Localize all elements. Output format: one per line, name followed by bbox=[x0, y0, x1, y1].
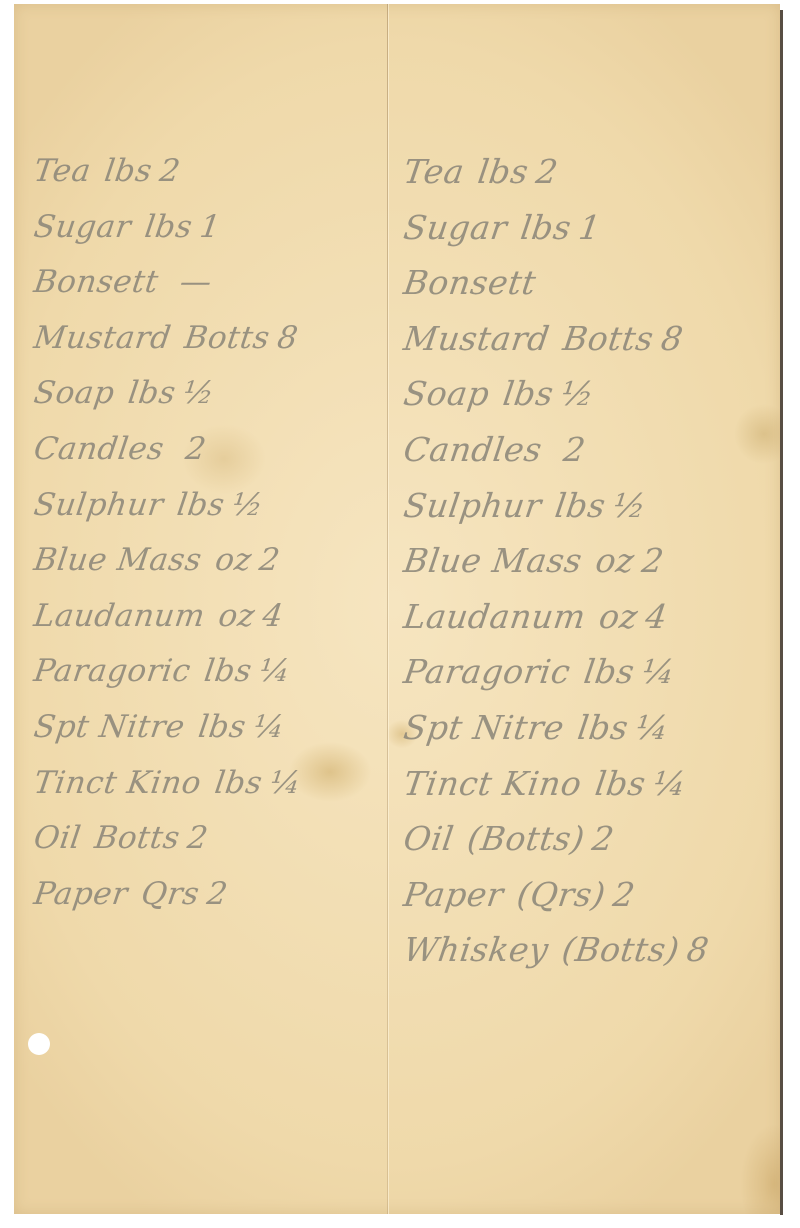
item-qty: 2 bbox=[561, 430, 588, 469]
item-qty: 2 bbox=[157, 153, 182, 189]
item-qty: 2 bbox=[257, 542, 282, 578]
item-name: Paragoric bbox=[32, 653, 193, 689]
item-unit bbox=[547, 263, 552, 302]
item-name: Bonsett bbox=[32, 264, 161, 300]
item-qty: ¼ bbox=[640, 652, 678, 691]
list-item: Blue Massoz2 bbox=[400, 533, 788, 589]
item-qty: ¼ bbox=[251, 709, 287, 745]
item-qty: 8 bbox=[659, 319, 686, 358]
list-item: Spt Nitrelbs¼ bbox=[30, 700, 383, 756]
list-item: MustardBotts8 bbox=[30, 311, 383, 367]
item-name: Mustard bbox=[401, 319, 552, 358]
list-item: Paper(Qrs)2 bbox=[400, 867, 788, 923]
item-unit: oz bbox=[597, 597, 641, 636]
list-item: Sugarlbs1 bbox=[400, 200, 788, 256]
item-unit bbox=[175, 431, 180, 467]
item-qty: ¼ bbox=[633, 708, 671, 747]
item-unit: Botts bbox=[561, 319, 657, 358]
item-unit: lbs bbox=[126, 375, 178, 411]
item-name: Spt Nitre bbox=[401, 708, 566, 747]
item-qty: 2 bbox=[590, 819, 617, 858]
list-item: Tinct Kinolbs¼ bbox=[400, 756, 788, 812]
item-unit: (Qrs) bbox=[515, 875, 608, 914]
list-column-right: Tealbs2Sugarlbs1BonsettMustardBotts8Soap… bbox=[404, 144, 784, 978]
item-name: Oil bbox=[401, 819, 456, 858]
list-item: PaperQrs2 bbox=[30, 867, 383, 923]
item-name: Tea bbox=[32, 153, 94, 189]
item-unit: lbs bbox=[593, 764, 649, 803]
list-item: Bonsett bbox=[400, 255, 788, 311]
item-qty: ½ bbox=[611, 486, 649, 525]
item-name: Tinct Kino bbox=[32, 765, 204, 801]
item-unit bbox=[170, 264, 175, 300]
item-unit: lbs bbox=[213, 765, 265, 801]
item-unit bbox=[553, 430, 558, 469]
list-item: Oil(Botts)2 bbox=[400, 811, 788, 867]
item-qty: ½ bbox=[230, 487, 266, 523]
list-item: OilBotts2 bbox=[30, 811, 383, 867]
item-qty: — bbox=[178, 264, 215, 300]
item-name: Soap bbox=[32, 375, 117, 411]
item-name: Tinct Kino bbox=[401, 764, 584, 803]
item-name: Sulphur bbox=[32, 487, 166, 523]
item-unit: (Botts) bbox=[560, 930, 682, 969]
item-name: Paper bbox=[401, 875, 506, 914]
item-name: Oil bbox=[32, 820, 84, 856]
list-item: Tealbs2 bbox=[30, 144, 383, 200]
item-name: Sugar bbox=[32, 209, 134, 245]
item-qty: 2 bbox=[611, 875, 638, 914]
list-item: Bonsett— bbox=[30, 255, 383, 311]
item-name: Bonsett bbox=[401, 263, 538, 302]
item-qty: 1 bbox=[576, 208, 603, 247]
list-item: Whiskey(Botts)8 bbox=[400, 922, 788, 978]
punch-hole bbox=[28, 1033, 50, 1055]
item-qty: 2 bbox=[639, 541, 666, 580]
item-qty: 4 bbox=[643, 597, 670, 636]
item-name: Candles bbox=[32, 431, 167, 467]
list-item: Candles2 bbox=[400, 422, 788, 478]
item-unit: lbs bbox=[202, 653, 254, 689]
list-item: Blue Massoz2 bbox=[30, 533, 383, 589]
item-name: Mustard bbox=[32, 320, 174, 356]
item-name: Sulphur bbox=[401, 486, 544, 525]
list-item: Paragoriclbs¼ bbox=[30, 644, 383, 700]
item-unit: lbs bbox=[581, 652, 637, 691]
item-qty: ½ bbox=[559, 374, 597, 413]
item-unit: lbs bbox=[175, 487, 227, 523]
item-name: Blue Mass bbox=[401, 541, 584, 580]
list-item: Sulphurlbs½ bbox=[400, 478, 788, 534]
item-unit: lbs bbox=[501, 374, 557, 413]
item-unit: lbs bbox=[196, 709, 248, 745]
item-qty: 4 bbox=[260, 598, 285, 634]
item-name: Sugar bbox=[401, 208, 509, 247]
item-qty: ¼ bbox=[257, 653, 293, 689]
list-item: Paragoriclbs¼ bbox=[400, 644, 788, 700]
list-item: Tealbs2 bbox=[400, 144, 788, 200]
item-unit: Botts bbox=[182, 320, 272, 356]
item-qty: ½ bbox=[181, 375, 217, 411]
item-qty: 2 bbox=[205, 876, 230, 912]
item-name: Tea bbox=[401, 152, 467, 191]
item-unit: (Botts) bbox=[465, 819, 587, 858]
list-column-left: Tealbs2Sugarlbs1Bonsett—MustardBotts8Soa… bbox=[34, 144, 379, 922]
item-name: Spt Nitre bbox=[32, 709, 188, 745]
list-item: Soaplbs½ bbox=[30, 366, 383, 422]
item-qty: ¼ bbox=[651, 764, 689, 803]
list-item: Spt Nitrelbs¼ bbox=[400, 700, 788, 756]
item-name: Soap bbox=[401, 374, 492, 413]
list-item: Sulphurlbs½ bbox=[30, 478, 383, 534]
item-unit: Qrs bbox=[139, 876, 202, 912]
item-name: Paper bbox=[32, 876, 131, 912]
item-unit: lbs bbox=[518, 208, 574, 247]
fold-crease bbox=[387, 4, 388, 1214]
item-name: Candles bbox=[401, 430, 544, 469]
item-qty: 8 bbox=[275, 320, 300, 356]
item-unit: lbs bbox=[142, 209, 194, 245]
list-item: Candles2 bbox=[30, 422, 383, 478]
item-unit: oz bbox=[593, 541, 637, 580]
item-unit: oz bbox=[216, 598, 257, 634]
item-unit: Botts bbox=[92, 820, 182, 856]
item-qty: ¼ bbox=[268, 765, 304, 801]
item-name: Laudanum bbox=[32, 598, 208, 634]
list-item: Laudanumoz4 bbox=[400, 589, 788, 645]
item-unit: lbs bbox=[553, 486, 609, 525]
item-unit: lbs bbox=[102, 153, 154, 189]
list-item: Sugarlbs1 bbox=[30, 200, 383, 256]
item-name: Paragoric bbox=[401, 652, 573, 691]
list-item: Soaplbs½ bbox=[400, 366, 788, 422]
item-name: Blue Mass bbox=[32, 542, 204, 578]
item-unit: lbs bbox=[575, 708, 631, 747]
item-unit: lbs bbox=[475, 152, 531, 191]
item-qty: 2 bbox=[183, 431, 208, 467]
item-qty bbox=[555, 263, 560, 302]
item-qty: 1 bbox=[198, 209, 223, 245]
item-unit: oz bbox=[213, 542, 254, 578]
item-qty: 8 bbox=[684, 930, 711, 969]
list-item: Tinct Kinolbs¼ bbox=[30, 756, 383, 812]
item-name: Laudanum bbox=[401, 597, 588, 636]
paper-sheet: Tealbs2Sugarlbs1Bonsett—MustardBotts8Soa… bbox=[14, 4, 780, 1214]
item-qty: 2 bbox=[185, 820, 210, 856]
list-item: MustardBotts8 bbox=[400, 311, 788, 367]
item-name: Whiskey bbox=[401, 930, 551, 969]
item-qty: 2 bbox=[534, 152, 561, 191]
list-item: Laudanumoz4 bbox=[30, 589, 383, 645]
